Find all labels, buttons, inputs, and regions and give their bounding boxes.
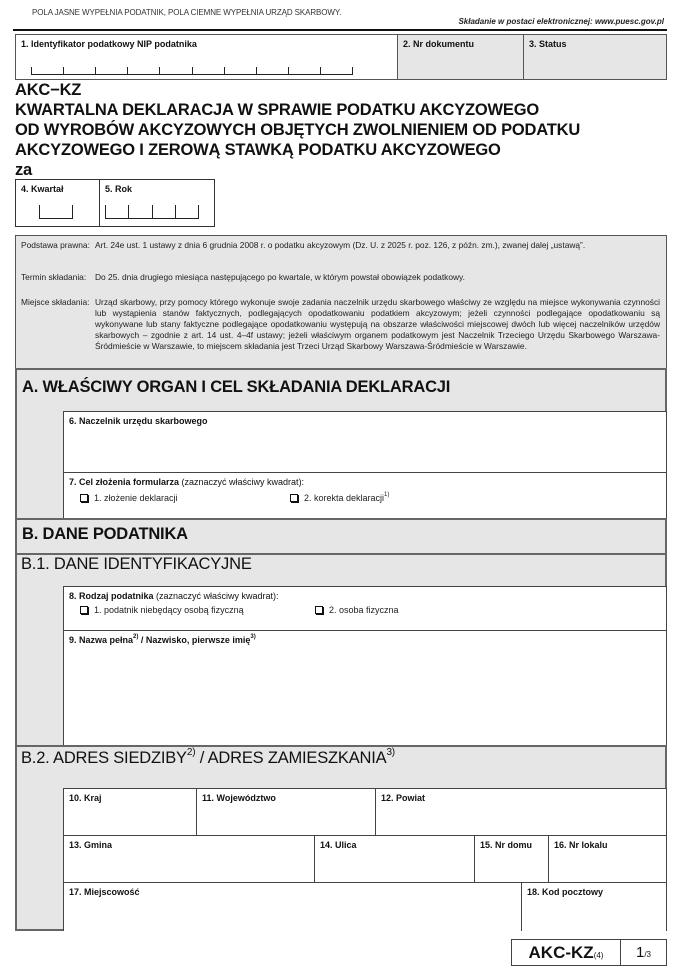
taxpayer-type-field: 8. Rodzaj podatnika (zaznaczyć właściwy … [63,586,667,631]
deadline-value: Do 25. dnia drugiego miesiąca następując… [95,272,660,283]
page-number: 1/3 [620,939,667,966]
title-line-1: KWARTALNA DEKLARACJA W SPRAWIE PODATKU A… [15,100,580,120]
electronic-filing-note: Składanie w postaci elektronicznej: www.… [458,17,664,26]
house-number-label: 15. Nr domu [480,840,532,850]
legal-info-box: Podstawa prawna: Art. 24e ust. 1 ustawy … [15,235,667,368]
checkbox-icon[interactable] [315,606,323,614]
full-name-label: 9. Nazwa pełna2) / Nazwisko, pierwsze im… [69,635,256,645]
taxpayer-option-non-natural[interactable]: 1. podatnik niebędący osobą fizyczną [80,605,244,615]
filing-place-row: Miejsce składania: Urząd skarbowy, przy … [21,297,661,367]
form-instructions: POLA JASNE WYPEŁNIA PODATNIK, POLA CIEMN… [32,8,341,17]
voivodeship-label: 11. Województwo [202,793,276,803]
full-name-field[interactable]: 9. Nazwa pełna2) / Nazwisko, pierwsze im… [63,630,667,746]
city-field[interactable]: 17. Miejscowość [63,882,522,931]
deadline-key: Termin składania: [21,272,101,283]
quarter-digit-comb[interactable] [39,205,73,219]
year-field[interactable]: 5. Rok [99,179,215,227]
apartment-number-field[interactable]: 16. Nr lokalu [548,835,667,883]
checkbox-icon[interactable] [80,494,88,502]
commune-field[interactable]: 13. Gmina [63,835,315,883]
filing-place-key: Miejsce składania: [21,297,101,308]
filing-place-value: Urząd skarbowy, przy pomocy którego wyko… [95,297,660,352]
postal-code-label: 18. Kod pocztowy [527,887,603,897]
street-field[interactable]: 14. Ulica [314,835,475,883]
status-label: 3. Status [529,39,567,49]
divider [13,29,667,31]
apartment-number-label: 16. Nr lokalu [554,840,608,850]
tax-office-field[interactable]: 6. Naczelnik urzędu skarbowego [63,411,667,473]
section-a-title: A. WŁAŚCIWY ORGAN I CEL SKŁADANIA DEKLAR… [22,378,450,397]
section-b2-title: B.2. ADRES SIEDZIBY2) / ADRES ZAMIESZKAN… [21,749,395,768]
year-digit-comb[interactable] [105,205,199,219]
taxpayer-option-natural[interactable]: 2. osoba fizyczna [315,605,399,615]
house-number-field[interactable]: 15. Nr domu [474,835,549,883]
purpose-option-filing[interactable]: 1. złożenie deklaracji [80,493,178,503]
legal-basis-row: Podstawa prawna: Art. 24e ust. 1 ustawy … [21,240,661,264]
form-title: AKC−KZ KWARTALNA DEKLARACJA W SPRAWIE PO… [15,80,580,180]
checkbox-icon[interactable] [80,606,88,614]
postal-code-field[interactable]: 18. Kod pocztowy [521,882,667,931]
status-field: 3. Status [523,34,667,80]
form-code-footer: AKC-KZ(4) [511,939,620,966]
county-field[interactable]: 12. Powiat [375,788,667,836]
section-b2: B.2. ADRES SIEDZIBY2) / ADRES ZAMIESZKAN… [15,745,667,931]
section-b1: B.1. DANE IDENTYFIKACYJNE 8. Rodzaj poda… [15,553,667,746]
legal-basis-value: Art. 24e ust. 1 ustawy z dnia 6 grudnia … [95,240,660,251]
nip-digit-comb[interactable] [31,67,353,75]
deadline-row: Termin składania: Do 25. dnia drugiego m… [21,272,661,284]
commune-label: 13. Gmina [69,840,112,850]
quarter-field[interactable]: 4. Kwartał [15,179,99,227]
section-b-title: B. DANE PODATNIKA [22,525,188,544]
legal-basis-key: Podstawa prawna: [21,240,101,251]
purpose-label: 7. Cel złożenia formularza (zaznaczyć wł… [69,477,304,487]
document-number-label: 2. Nr dokumentu [403,39,474,49]
city-label: 17. Miejscowość [69,887,140,897]
street-label: 14. Ulica [320,840,357,850]
document-number-field: 2. Nr dokumentu [397,34,523,80]
country-label: 10. Kraj [69,793,102,803]
section-b: B. DANE PODATNIKA [15,518,667,554]
section-b1-title: B.1. DANE IDENTYFIKACYJNE [21,555,252,574]
county-label: 12. Powiat [381,793,425,803]
title-line-3: AKCYZOWEGO I ZEROWĄ STAWKĄ PODATKU AKCYZ… [15,140,580,160]
title-line-2: OD WYROBÓW AKCYZOWYCH OBJĘTYCH ZWOLNIENI… [15,120,580,140]
nip-field[interactable]: 1. Identyfikator podatkowy NIP podatnika [15,34,397,80]
form-code: AKC−KZ [15,80,580,100]
checkbox-icon[interactable] [290,494,298,502]
tax-office-label: 6. Naczelnik urzędu skarbowego [69,416,208,426]
section-a: A. WŁAŚCIWY ORGAN I CEL SKŁADANIA DEKLAR… [15,368,667,520]
voivodeship-field[interactable]: 11. Województwo [196,788,376,836]
taxpayer-type-label: 8. Rodzaj podatnika (zaznaczyć właściwy … [69,591,279,601]
title-za: za [15,160,580,180]
quarter-label: 4. Kwartał [21,184,64,194]
nip-label: 1. Identyfikator podatkowy NIP podatnika [21,39,197,49]
year-label: 5. Rok [105,184,132,194]
purpose-field: 7. Cel złożenia formularza (zaznaczyć wł… [63,472,667,520]
purpose-option-correction[interactable]: 2. korekta deklaracji1) [290,493,389,503]
country-field[interactable]: 10. Kraj [63,788,197,836]
